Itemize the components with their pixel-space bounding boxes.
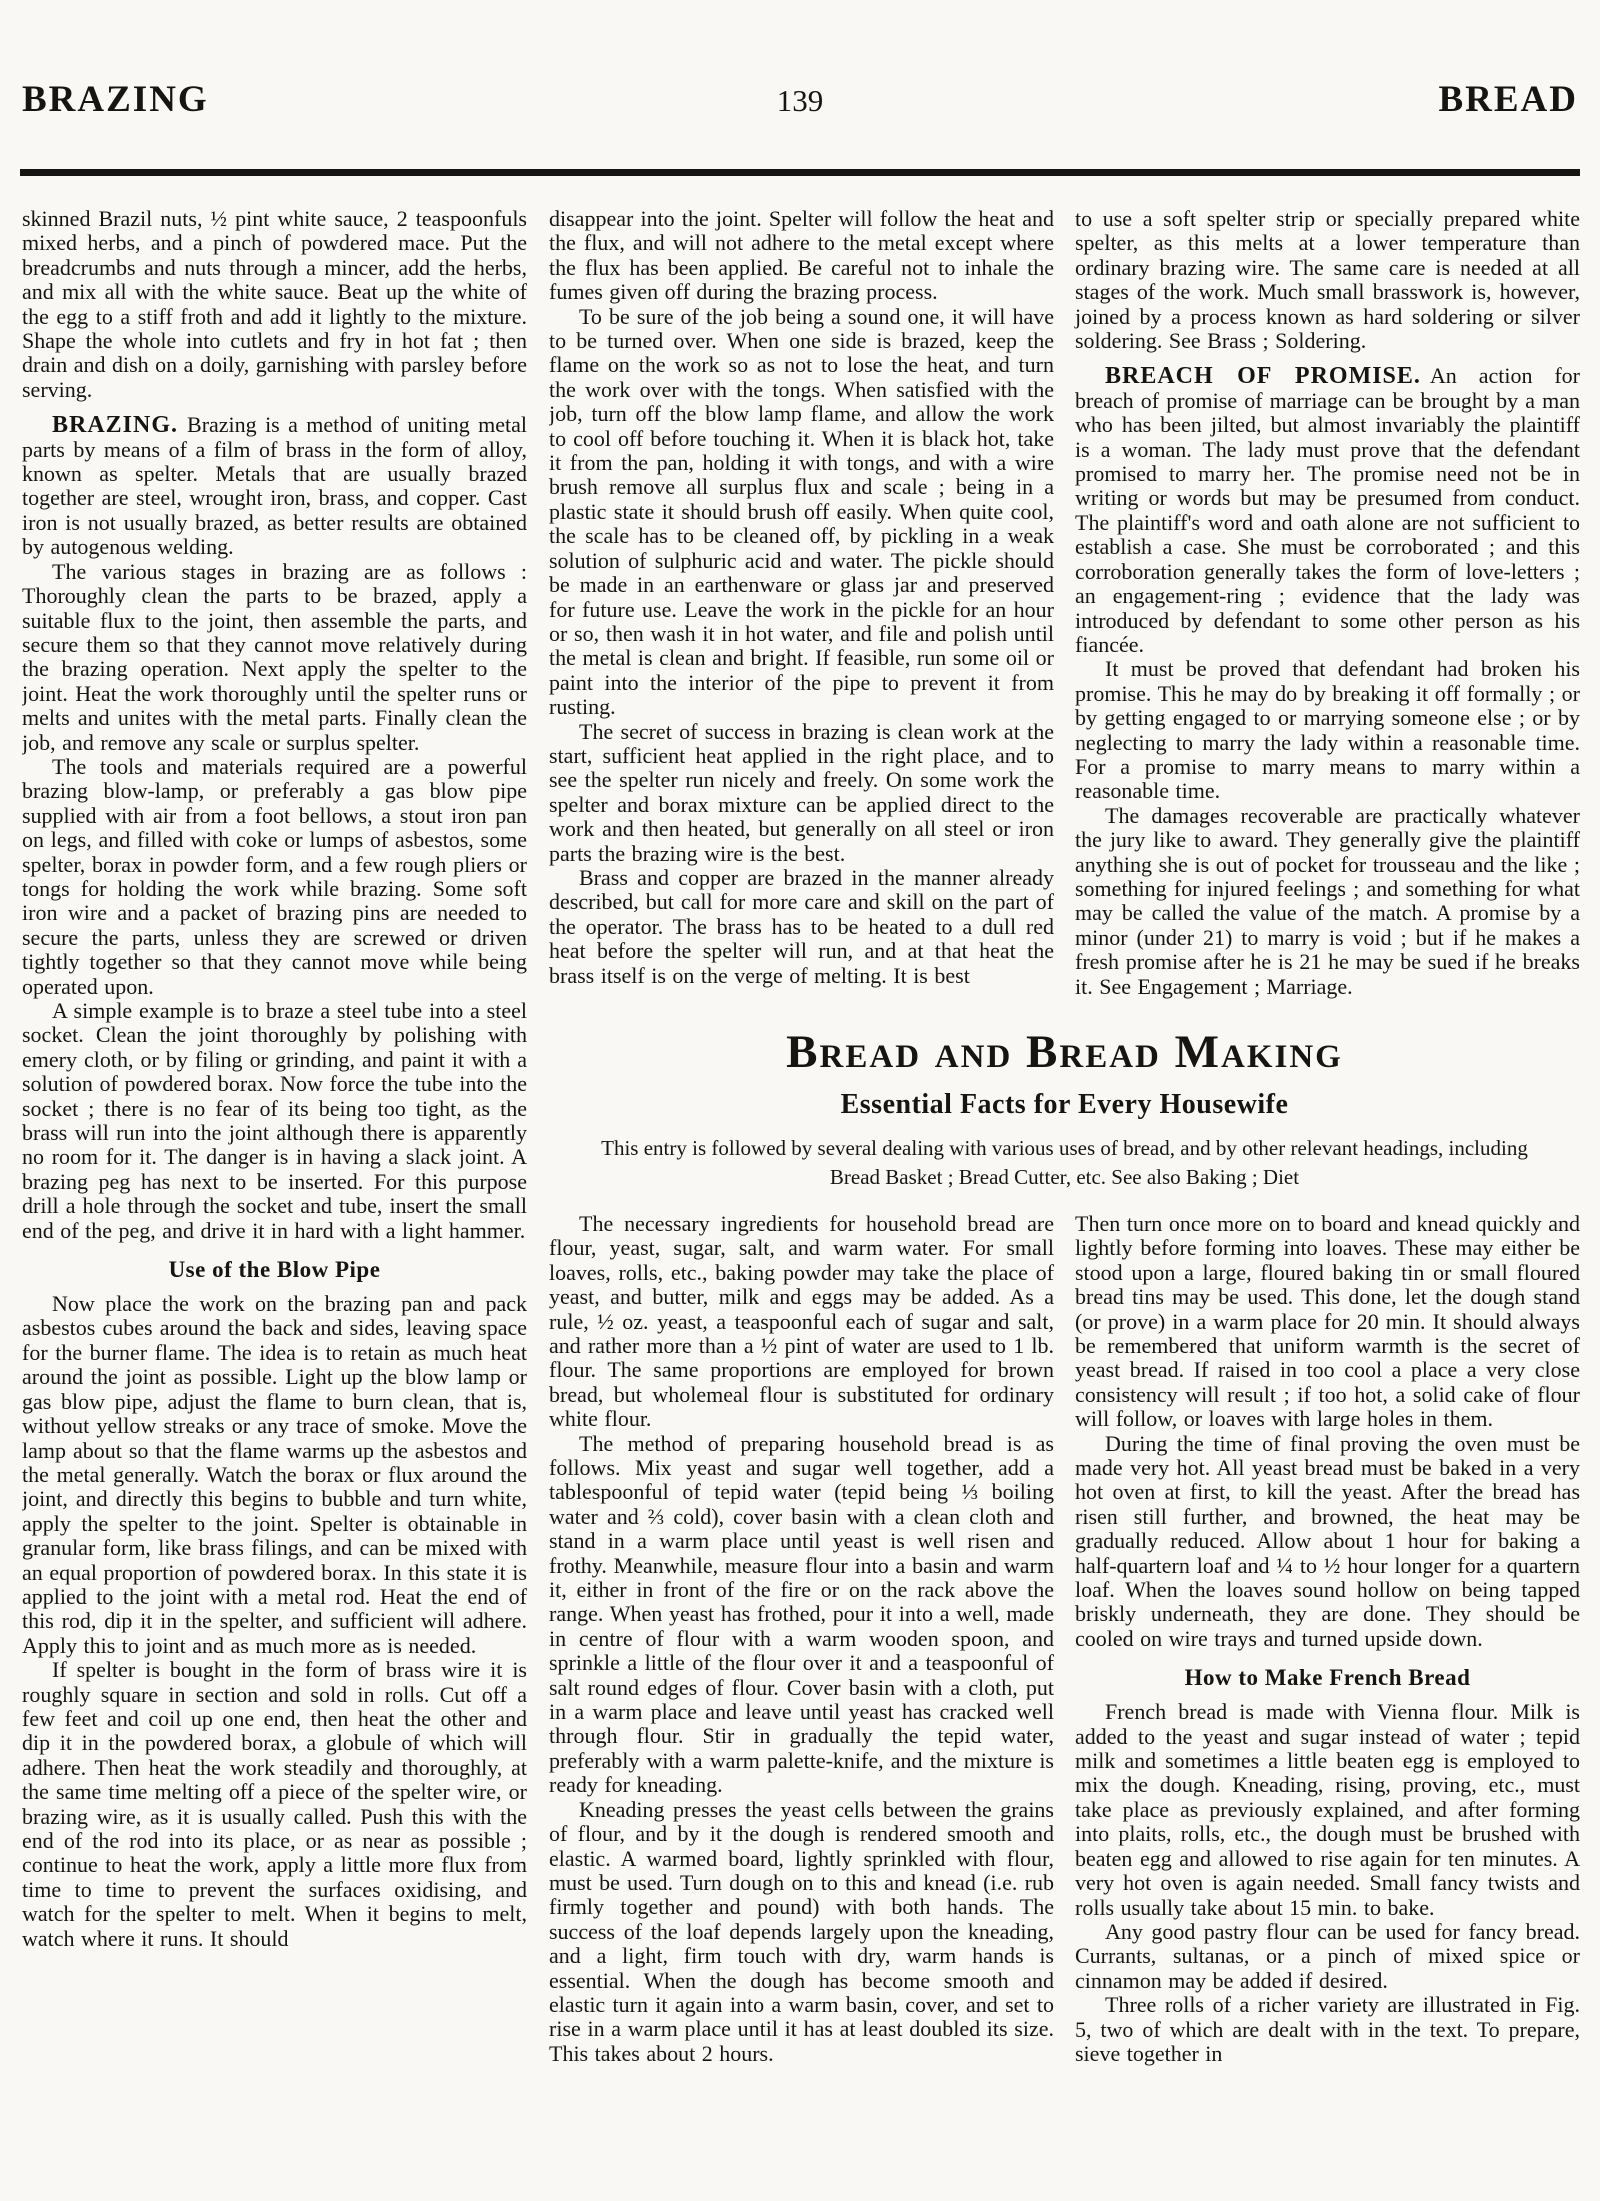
entry-paragraph-breach: BREACH OF PROMISE.An action for breach o… bbox=[1075, 364, 1580, 657]
paragraph-continued: to use a soft spelter strip or specially… bbox=[1075, 207, 1580, 353]
encyclopedia-page: BRAZING 139 BREAD skinned Brazil nuts, ½… bbox=[0, 0, 1600, 2201]
column-3-breach: to use a soft spelter strip or specially… bbox=[1075, 207, 1580, 999]
paragraph-method: The method of preparing household bread … bbox=[549, 1432, 1054, 1798]
paragraph-brass-copper: Brass and copper are brazed in the manne… bbox=[549, 866, 1054, 988]
paragraph-sound-job: To be sure of the job being a sound one,… bbox=[549, 305, 1054, 720]
entry-term-breach: BREACH OF PROMISE. bbox=[1105, 363, 1421, 389]
bread-article-title: Bread and Bread Making bbox=[549, 1025, 1580, 1079]
paragraph-continued: Then turn once more on to board and knea… bbox=[1075, 1212, 1580, 1432]
column-1-brazing: skinned Brazil nuts, ½ pint white sauce,… bbox=[22, 207, 527, 2201]
paragraph-damages: The damages recoverable are practically … bbox=[1075, 804, 1580, 999]
paragraph-spelter-wire: If spelter is bought in the form of bras… bbox=[22, 1658, 527, 1951]
entry-paragraph-brazing: BRAZING.Brazing is a method of uniting m… bbox=[22, 413, 527, 559]
paragraph-french-bread: French bread is made with Vienna flour. … bbox=[1075, 1700, 1580, 1920]
entry-term-brazing: BRAZING. bbox=[52, 412, 178, 438]
upper-two-columns: disappear into the joint. Spelter will f… bbox=[549, 207, 1580, 999]
page-number: 139 bbox=[535, 83, 1064, 119]
entry-body: An action for breach of promise of marri… bbox=[1075, 363, 1580, 656]
bread-article-subtitle: Essential Facts for Every Housewife bbox=[549, 1089, 1580, 1121]
paragraph-blowpipe: Now place the work on the brazing pan an… bbox=[22, 1292, 527, 1658]
column-2-brazing: disappear into the joint. Spelter will f… bbox=[549, 207, 1054, 999]
subheading-french-bread: How to Make French Bread bbox=[1075, 1665, 1580, 1691]
bread-article-intro: This entry is followed by several dealin… bbox=[601, 1134, 1529, 1192]
header-divider-rule bbox=[20, 169, 1580, 176]
running-header: BRAZING 139 BREAD bbox=[22, 78, 1578, 121]
paragraph-proved: It must be proved that defendant had bro… bbox=[1075, 657, 1580, 803]
bread-left-column: The necessary ingredients for household … bbox=[549, 1212, 1054, 2066]
paragraph-fancy-bread: Any good pastry flour can be used for fa… bbox=[1075, 1920, 1580, 1993]
paragraph-stages: The various stages in brazing are as fol… bbox=[22, 560, 527, 755]
header-left-title: BRAZING bbox=[22, 78, 535, 121]
subheading-blow-pipe: Use of the Blow Pipe bbox=[22, 1257, 527, 1283]
bread-article-header: Bread and Bread Making Essential Facts f… bbox=[549, 1025, 1580, 1192]
paragraph-oven: During the time of final proving the ove… bbox=[1075, 1432, 1580, 1652]
paragraph-secret: The secret of success in brazing is clea… bbox=[549, 720, 1054, 866]
paragraph-tools: The tools and materials required are a p… bbox=[22, 755, 527, 999]
paragraph-kneading: Kneading presses the yeast cells between… bbox=[549, 1798, 1054, 2066]
paragraph-continued: disappear into the joint. Spelter will f… bbox=[549, 207, 1054, 305]
columns-2-3-region: disappear into the joint. Spelter will f… bbox=[549, 207, 1580, 2201]
lower-two-columns: The necessary ingredients for household … bbox=[549, 1212, 1580, 2066]
bread-right-column: Then turn once more on to board and knea… bbox=[1075, 1212, 1580, 2066]
paragraph-fig5-rolls: Three rolls of a richer variety are illu… bbox=[1075, 1993, 1580, 2066]
header-right-title: BREAD bbox=[1065, 78, 1578, 121]
paragraph-example: A simple example is to braze a steel tub… bbox=[22, 999, 527, 1243]
paragraph-continued: skinned Brazil nuts, ½ pint white sauce,… bbox=[22, 207, 527, 402]
paragraph-ingredients: The necessary ingredients for household … bbox=[549, 1212, 1054, 1432]
